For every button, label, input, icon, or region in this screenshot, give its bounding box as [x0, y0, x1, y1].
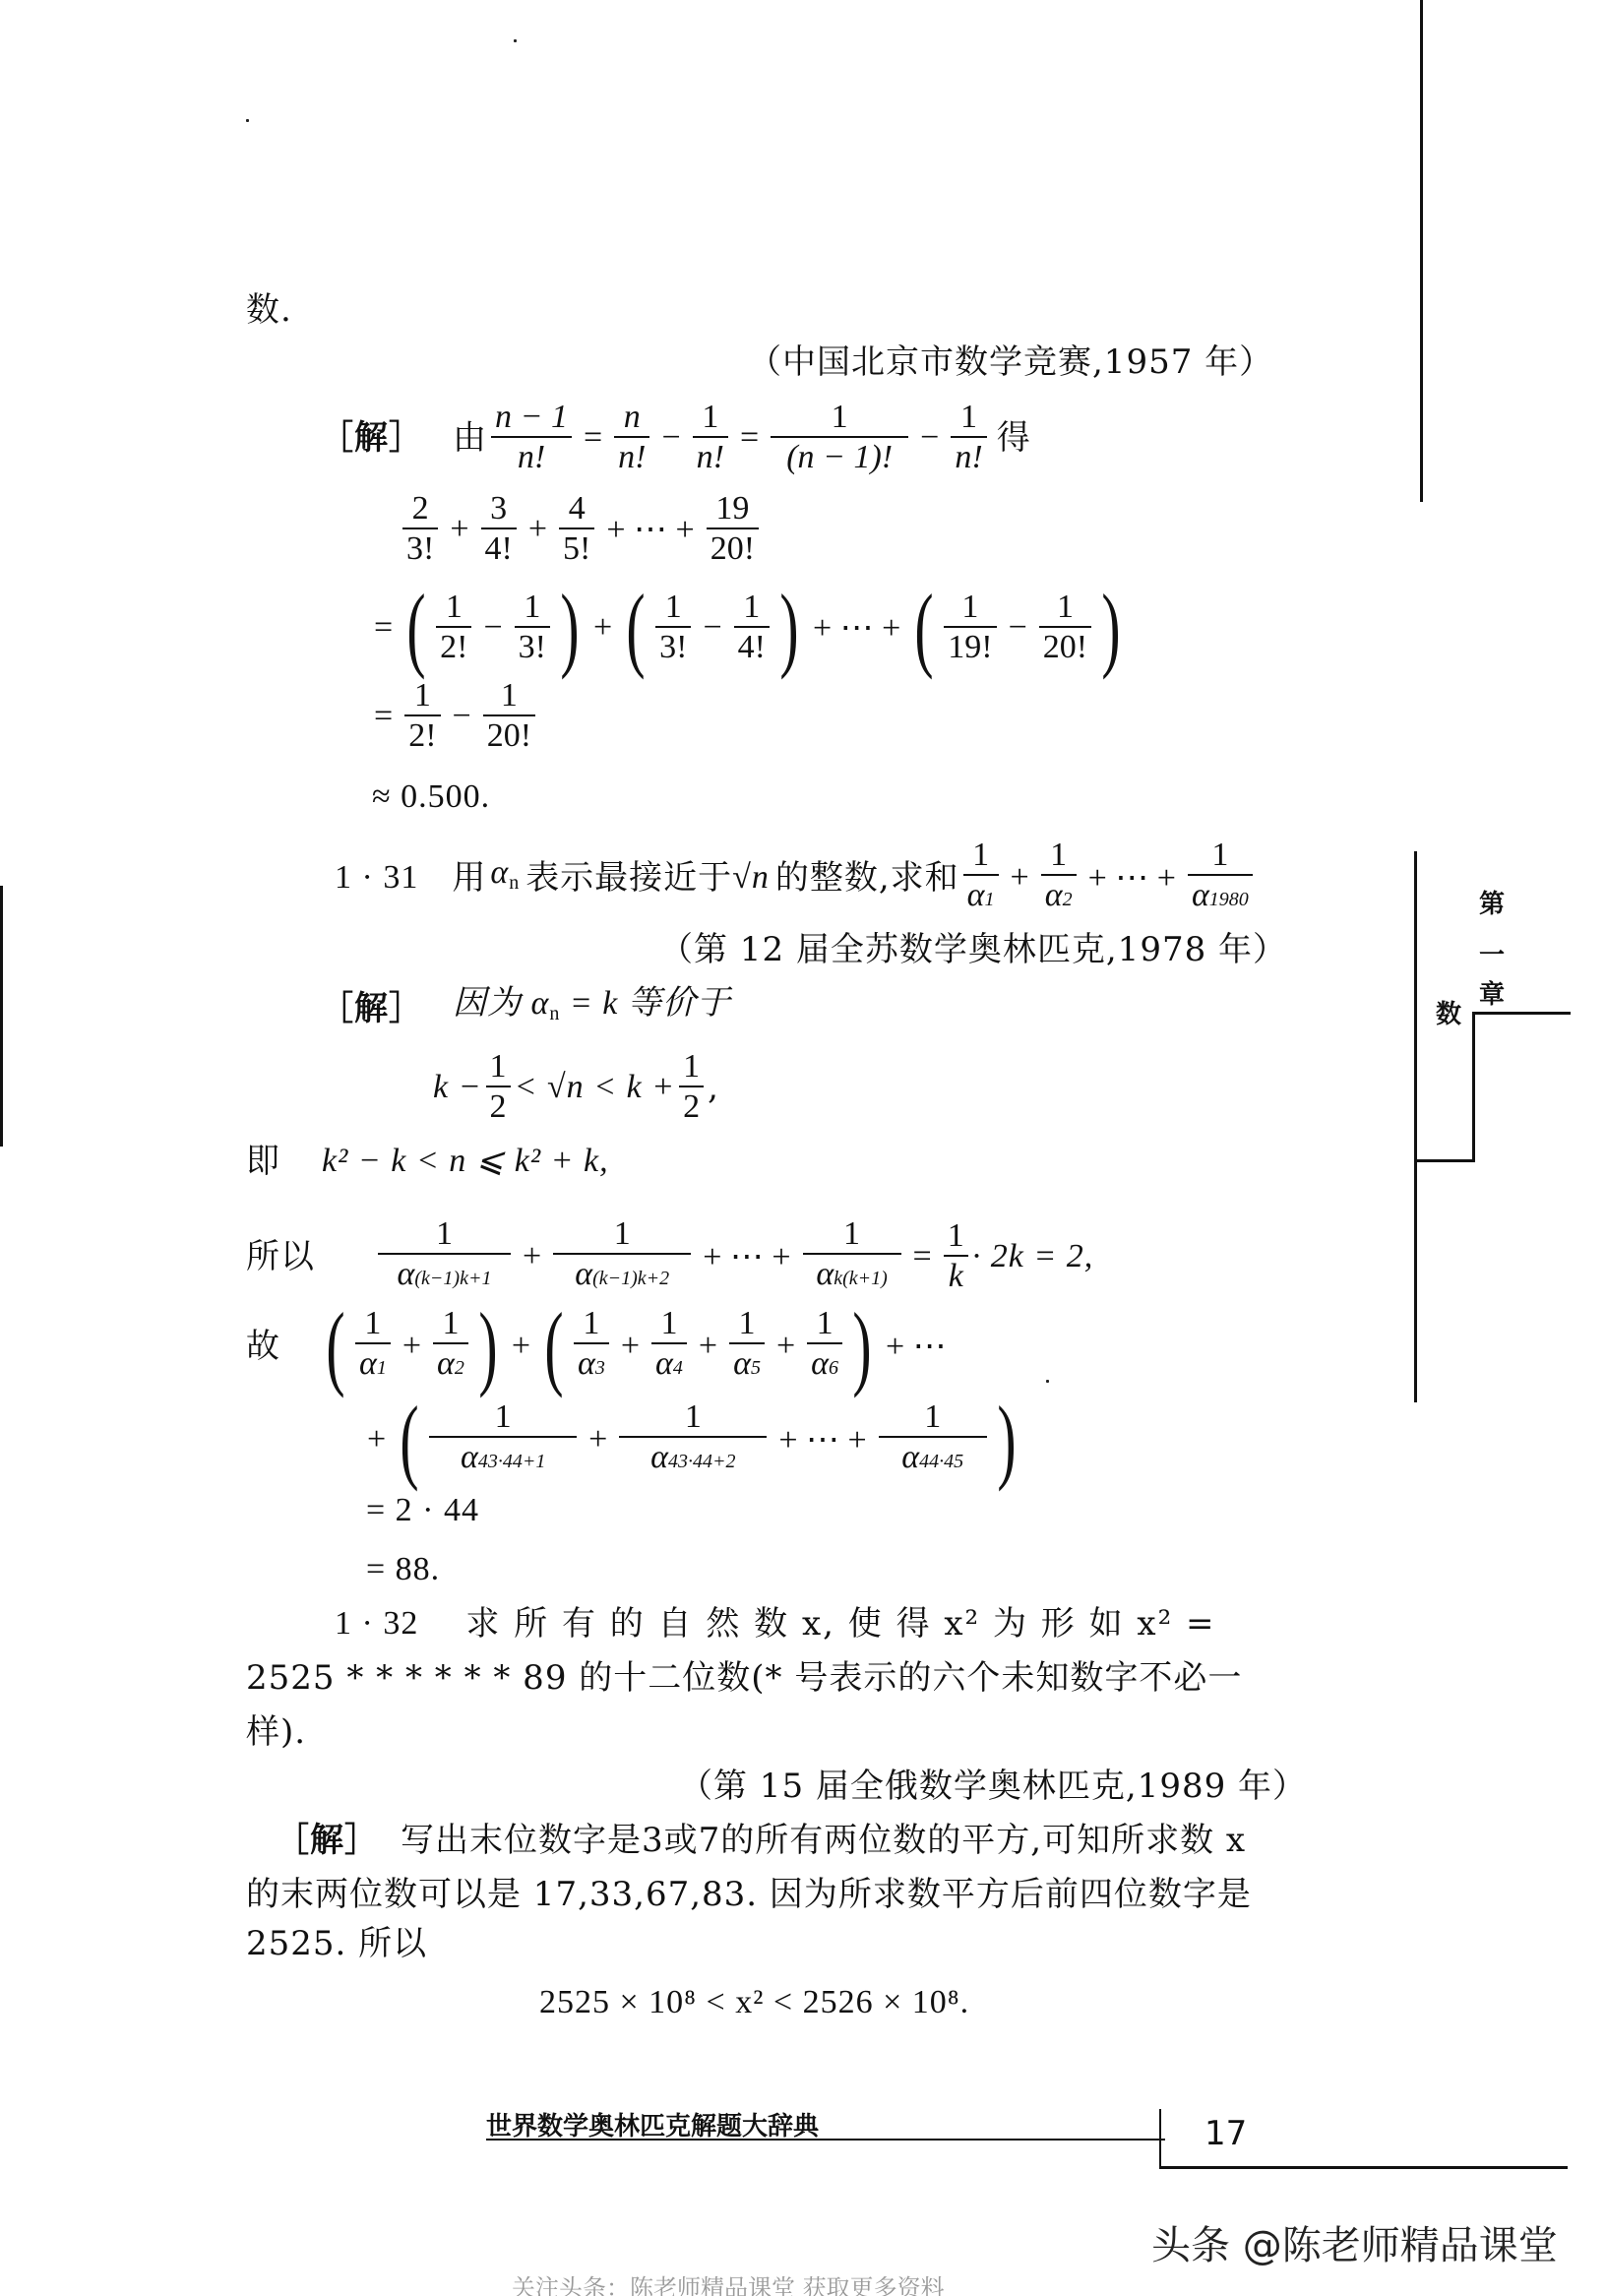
fraction: 1α5	[729, 1305, 765, 1388]
chapter-tab-char-2: 一	[1479, 935, 1505, 971]
fraction: 120!	[1039, 589, 1091, 667]
result-line-2: = 88.	[366, 1550, 440, 1589]
fraction: 13!	[655, 589, 691, 667]
solution-label: ［解］	[276, 1821, 379, 1860]
right-margin-rule-top	[1420, 0, 1423, 502]
fraction: n − 1n!	[491, 399, 572, 477]
problem-1-32-solution-line2: 的末两位数可以是 17,33,67,83. 因为所求数平方后前四位数字是	[246, 1875, 1252, 1914]
book-title: 世界数学奥林匹克解题大辞典	[486, 2106, 819, 2142]
footer-rule-right	[1159, 2166, 1568, 2169]
watermark-handle: 头条 @陈老师精品课堂	[1151, 2214, 1558, 2270]
chapter-tab-inner-rule	[1472, 1012, 1475, 1162]
fraction: 1α1	[355, 1305, 391, 1388]
scan-speck	[1046, 1380, 1049, 1383]
intro-prefix: 由	[453, 418, 487, 458]
fraction: 1α43·44+1	[429, 1398, 577, 1481]
problem-1-30-identity: ［解］ 由 n − 1n! = nn! − 1n! = 1(n − 1)! − …	[320, 399, 1031, 477]
inequality-2: 即 k² − k < n ⩽ k² + k,	[246, 1142, 609, 1181]
problem-1-32-inequality: 2525 × 10⁸ < x² < 2526 × 10⁸.	[539, 1983, 969, 2022]
chapter-tab-label: 数	[1436, 994, 1461, 1030]
fraction: 1α2	[1041, 837, 1077, 919]
suoyi-label: 所以	[246, 1237, 315, 1276]
problem-1-30-source: （中国北京市数学竞赛,1957 年）	[748, 342, 1273, 382]
fraction: 1α1	[963, 837, 999, 919]
fraction: 12!	[404, 677, 440, 756]
problem-1-31-source: （第 12 届全苏数学奥林匹克,1978 年）	[659, 930, 1287, 969]
chapter-tab-bottom-rule	[1415, 1159, 1474, 1162]
page-number: 17	[1204, 2114, 1247, 2153]
telescoped-expression: = ( 12! − 13! )+( 13! − 14! )+ ⋯ +( 119!…	[366, 581, 1127, 675]
grouped-sum-line1: 故 ( 1α1+ 1α2 )+( 1α3+ 1α4+ 1α5+ 1α6 )+ ⋯	[246, 1299, 955, 1394]
fraction: 34!	[481, 490, 517, 569]
sum-block: 所以 1α(k−1)k+1 + 1α(k−1)k+2 + ⋯ + 1αk(k+1…	[246, 1215, 1093, 1298]
fraction: 1α1980	[1188, 837, 1253, 919]
fraction: 1αk(k+1)	[803, 1215, 901, 1298]
problem-1-31-solution-intro: ［解］ 因为 αn = k 等价于	[320, 984, 731, 1033]
telescoped-result: = 12! − 120!	[366, 677, 539, 756]
problem-1-32-source: （第 15 届全俄数学奥林匹克,1989 年）	[679, 1767, 1307, 1806]
fraction: 119!	[944, 589, 996, 667]
fraction: 1α(k−1)k+2	[553, 1215, 691, 1298]
chapter-tab-top-rule	[1472, 1012, 1571, 1015]
footer-rule-left	[486, 2139, 1165, 2141]
fraction: 1α(k−1)k+1	[378, 1215, 511, 1298]
scan-speck	[246, 119, 249, 122]
watermark-note: 关注头条：陈老师精品课堂 获取更多资料	[512, 2268, 945, 2296]
chapter-tab-outer-rule	[1414, 851, 1417, 1402]
fraction: 12	[679, 1048, 704, 1127]
fraction: 1α3	[574, 1305, 609, 1388]
problem-number: 1 · 32	[335, 1604, 418, 1644]
fraction: 1920!	[707, 490, 759, 569]
fraction: 1α2	[433, 1305, 468, 1388]
chapter-tab-char-3: 章	[1479, 974, 1505, 1011]
solution-label: ［解］	[320, 418, 423, 458]
problem-1-31-statement: 1 · 31 用 αn 表示最接近于 √n 的整数,求和 1α1 + 1α2 +…	[335, 837, 1257, 919]
solution-label: ［解］	[320, 989, 423, 1028]
fraction: 120!	[483, 677, 535, 756]
problem-1-32-statement-line1: 1 · 32 求 所 有 的 自 然 数 x, 使 得 x² 为 形 如 x² …	[335, 1604, 1216, 1644]
problem-1-32-solution-line1: ［解］ 写出末位数字是3或7的所有两位数的平方,可知所求数 x	[276, 1821, 1246, 1860]
fraction: 1α6	[807, 1305, 842, 1388]
fraction: 12	[486, 1048, 511, 1127]
fraction: 1n!	[951, 399, 986, 477]
fraction: 23!	[402, 490, 438, 569]
fraction: 14!	[734, 589, 770, 667]
fraction: 1k	[944, 1217, 968, 1296]
fraction: 1α44·45	[879, 1398, 987, 1481]
sum-expression: 23! + 34! + 45! + ⋯ + 1920!	[399, 490, 763, 569]
intro-suffix: 得	[997, 418, 1031, 458]
problem-1-32-statement-line3: 样).	[246, 1712, 306, 1752]
fraction: 45!	[559, 490, 594, 569]
grouped-sum-line2: +( 1α43·44+1+ 1α43·44+2+ ⋯ + 1α44·45 )	[359, 1393, 1022, 1487]
fraction: 1n!	[693, 399, 728, 477]
problem-1-32-statement-line2: 2525 * * * * * * 89 的十二位数(* 号表示的六个未知数字不必…	[246, 1658, 1242, 1698]
problem-number: 1 · 31	[335, 858, 418, 898]
problem-1-32-solution-line3: 2525. 所以	[246, 1924, 427, 1963]
fraction: 13!	[515, 589, 550, 667]
inequality-1: k − 12 < √n < k + 12 ,	[433, 1048, 719, 1127]
result-line-1: = 2 · 44	[366, 1491, 479, 1530]
chapter-tab-char-1: 第	[1479, 884, 1505, 920]
fraction: 12!	[436, 589, 471, 667]
left-edge-rule	[0, 886, 3, 1147]
fraction: 1α43·44+2	[619, 1398, 767, 1481]
fraction: nn!	[614, 399, 649, 477]
scan-speck	[514, 39, 517, 42]
problem-1-30-tail-text: 数.	[246, 290, 292, 330]
approx-result: ≈ 0.500.	[372, 777, 490, 817]
fraction: 1(n − 1)!	[771, 399, 908, 477]
ji-label: 即	[246, 1142, 280, 1181]
gu-label: 故	[246, 1327, 280, 1366]
footer-rule-divider	[1159, 2109, 1161, 2168]
fraction: 1α4	[651, 1305, 687, 1388]
